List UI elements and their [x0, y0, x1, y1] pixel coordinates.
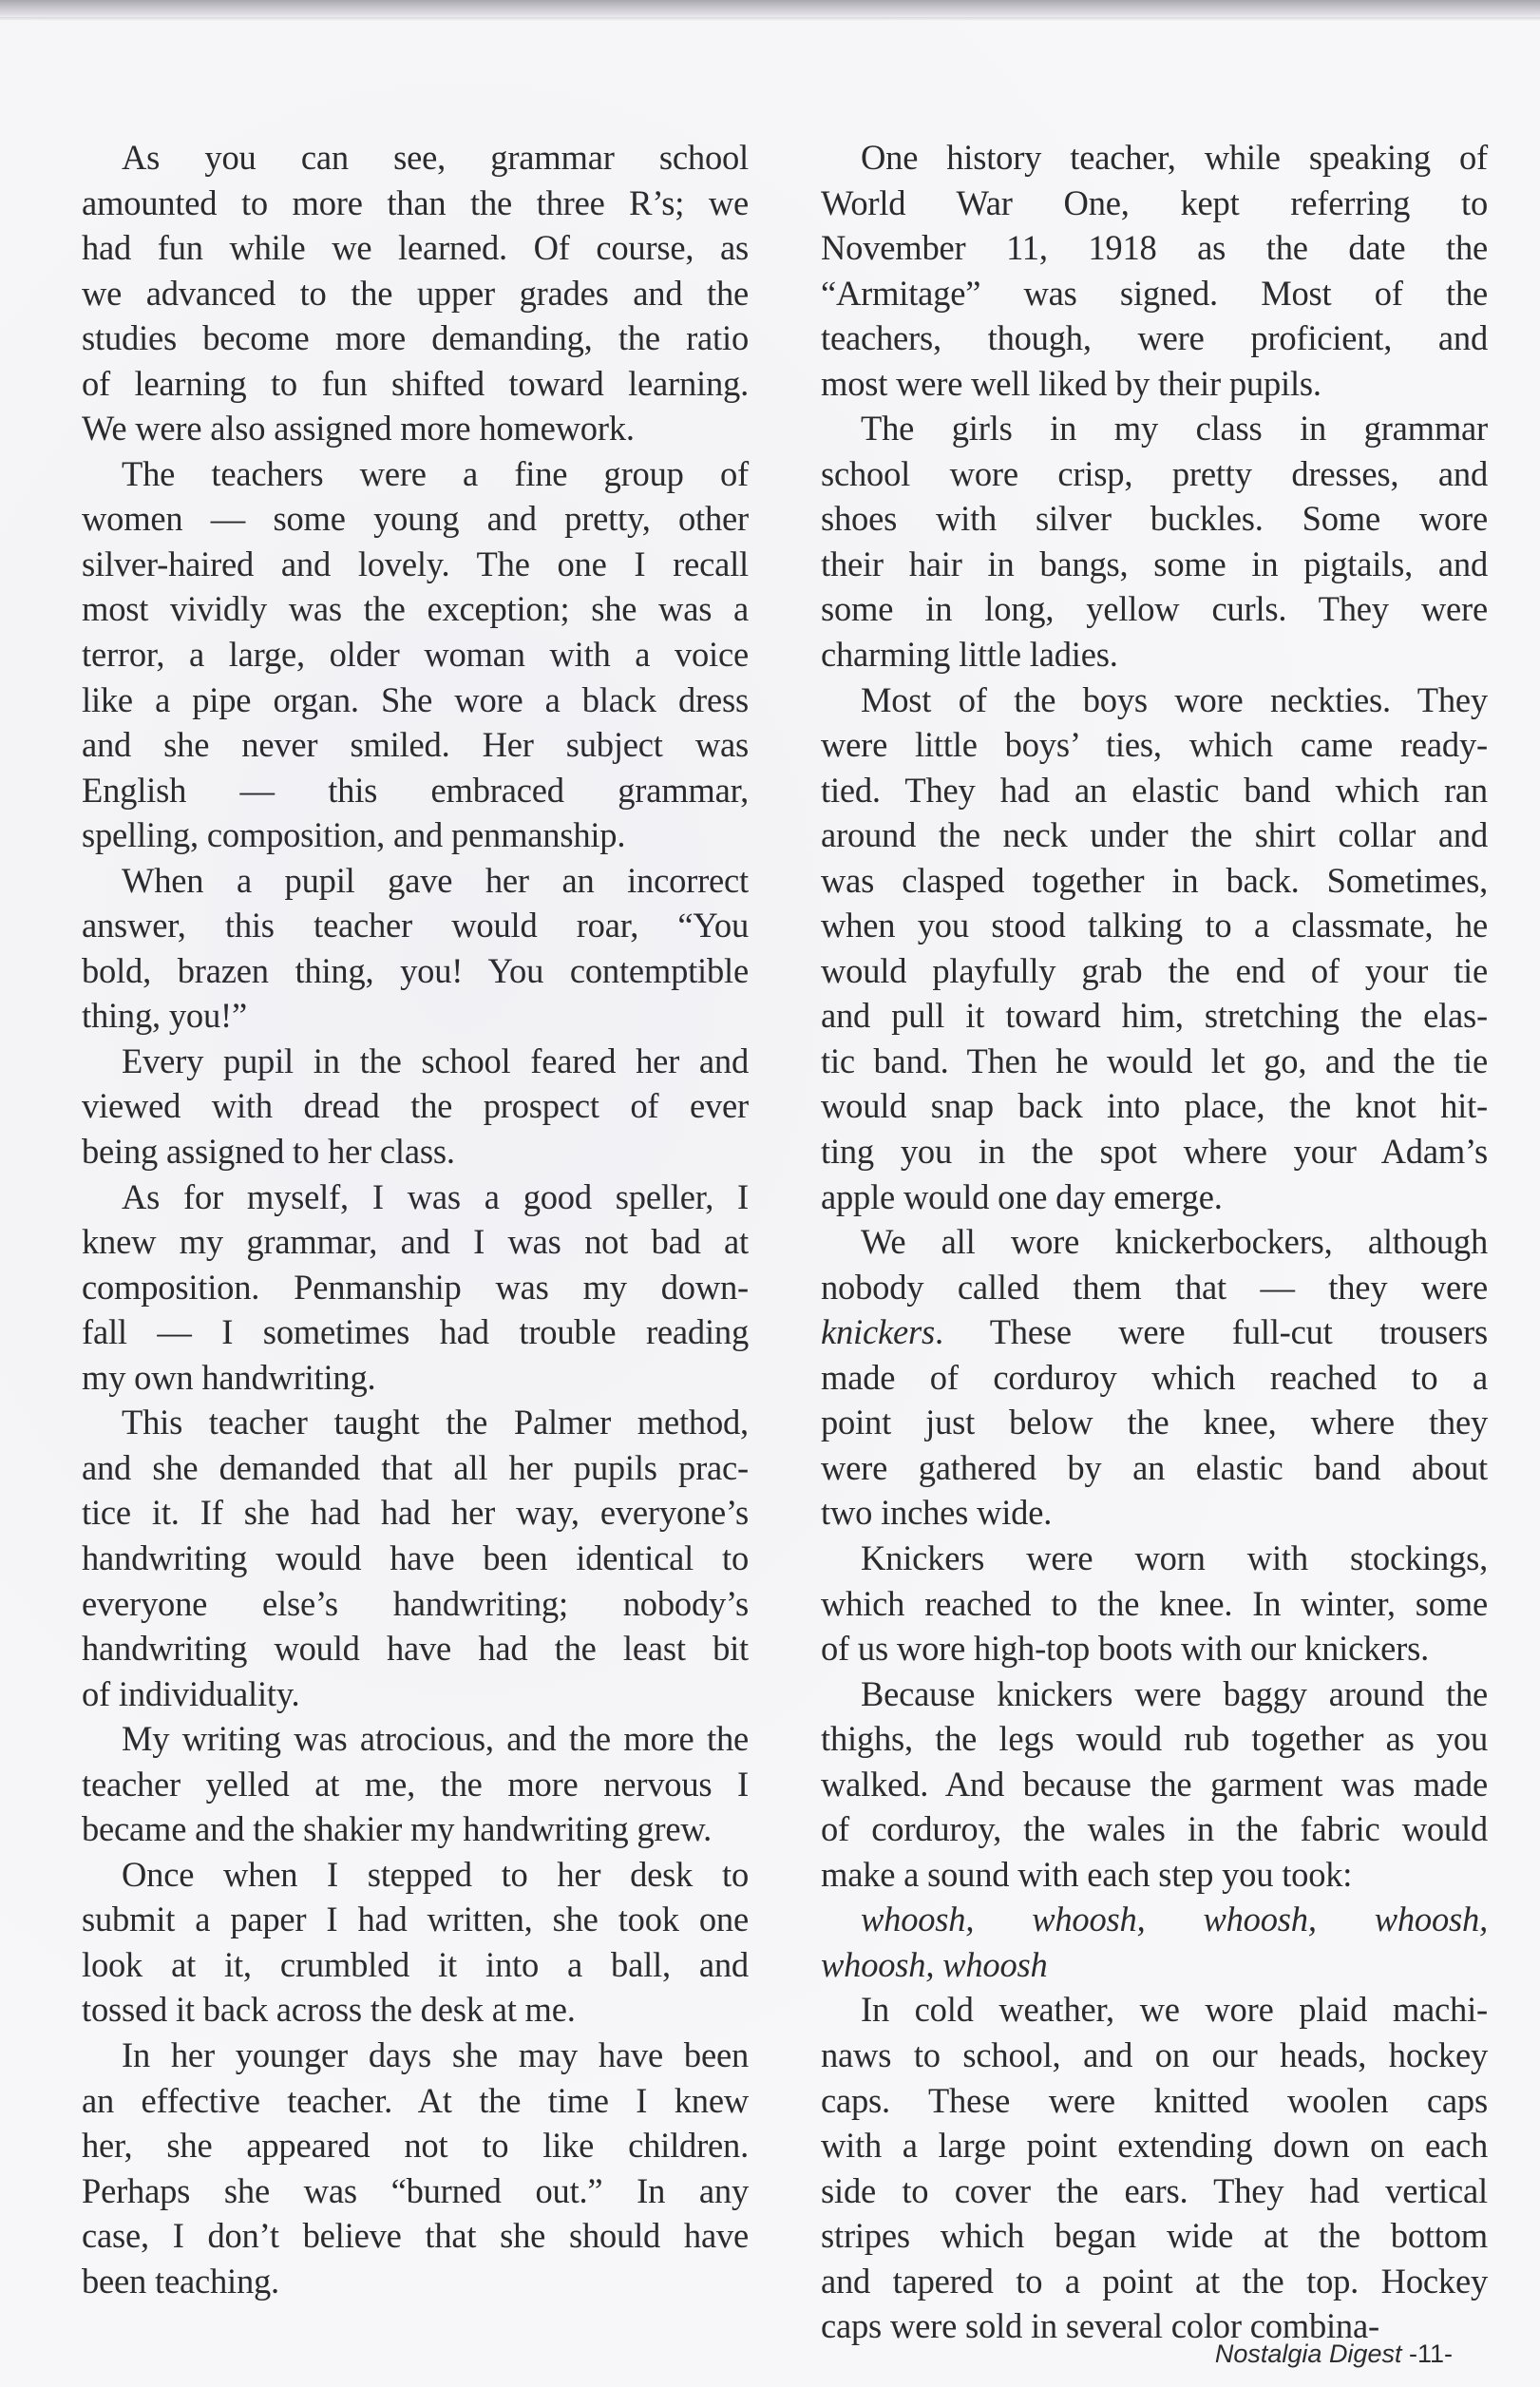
article-column-left: As you can see, grammar schoolamounted t… — [82, 135, 749, 2303]
publication-name: Nostalgia Digest — [1215, 2339, 1402, 2368]
text-line: were gathered by an elastic band about — [821, 1445, 1488, 1491]
text-line: and she demanded that all her pupils pra… — [82, 1445, 749, 1491]
text-line: World War One, kept referring to — [821, 181, 1488, 226]
text-line: In cold weather, we wore plaid machi- — [821, 1987, 1488, 2033]
text-line: teachers, though, were proficient, and — [821, 315, 1488, 361]
text-line: and tapered to a point at the top. Hocke… — [821, 2259, 1488, 2304]
text-line: Every pupil in the school feared her and — [82, 1039, 749, 1084]
text-line: when you stood talking to a classmate, h… — [821, 903, 1488, 948]
text-line: with a large point extending down on eac… — [821, 2123, 1488, 2168]
text-line: whoosh, whoosh — [821, 1942, 1488, 1988]
text-line: became and the shakier my handwriting gr… — [82, 1806, 749, 1852]
text-line: As you can see, grammar school — [82, 135, 749, 181]
paragraph: As you can see, grammar schoolamounted t… — [82, 135, 749, 451]
paragraph: My writing was atrocious, and the more t… — [82, 1716, 749, 1852]
text-line: some in long, yellow curls. They were — [821, 586, 1488, 632]
text-line: tied. They had an elastic band which ran — [821, 768, 1488, 813]
text-line: would playfully grab the end of your tie — [821, 948, 1488, 994]
text-line: November 11, 1918 as the date the — [821, 225, 1488, 271]
text-line: shoes with silver buckles. Some wore — [821, 496, 1488, 542]
paragraph: whoosh, whoosh, whoosh, whoosh,whoosh, w… — [821, 1897, 1488, 1987]
text-line: two inches wide. — [821, 1490, 1488, 1536]
text-line: terror, a large, older woman with a voic… — [82, 632, 749, 678]
text-line: We were also assigned more homework. — [82, 406, 749, 451]
text-line: viewed with dread the prospect of ever — [82, 1083, 749, 1129]
paragraph: As for myself, I was a good speller, Ikn… — [82, 1174, 749, 1401]
text-line: of learning to fun shifted toward learni… — [82, 361, 749, 407]
text-line: naws to school, and on our heads, hockey — [821, 2033, 1488, 2078]
text-line: teacher yelled at me, the more nervous I — [82, 1762, 749, 1807]
text-line: like a pipe organ. She wore a black dres… — [82, 678, 749, 723]
text-line: whoosh, whoosh, whoosh, whoosh, — [821, 1897, 1488, 1942]
text-line: stripes which began wide at the bottom — [821, 2213, 1488, 2259]
text-line: submit a paper I had written, she took o… — [82, 1897, 749, 1942]
paragraph: One history teacher, while speaking ofWo… — [821, 135, 1488, 406]
paragraph: We all wore knickerbockers, althoughnobo… — [821, 1219, 1488, 1536]
paragraph: Once when I stepped to her desk tosubmit… — [82, 1852, 749, 2033]
paragraph: Because knickers were baggy around theth… — [821, 1671, 1488, 1898]
text-line: In her younger days she may have been — [82, 2033, 749, 2078]
scan-top-edge — [0, 0, 1540, 17]
scan-top-edge-shadow — [0, 17, 1540, 21]
text-line: and she never smiled. Her subject was — [82, 722, 749, 768]
text-line: most were well liked by their pupils. — [821, 361, 1488, 407]
text-line: everyone else’s handwriting; nobody’s — [82, 1581, 749, 1627]
text-line: thing, you!” — [82, 993, 749, 1039]
text-line: studies become more demanding, the ratio — [82, 315, 749, 361]
paragraph: When a pupil gave her an incorrectanswer… — [82, 858, 749, 1039]
text-line: of corduroy, the wales in the fabric wou… — [821, 1806, 1488, 1852]
text-line: her, she appeared not to like children. — [82, 2123, 749, 2168]
text-line: silver-haired and lovely. The one I reca… — [82, 542, 749, 587]
text-line: of us wore high-top boots with our knick… — [821, 1626, 1488, 1671]
emphasis: knickers — [821, 1312, 935, 1351]
text-line: spelling, composition, and penmanship. — [82, 812, 749, 858]
text-line: had fun while we learned. Of course, as — [82, 225, 749, 271]
text-line: we advanced to the upper grades and the — [82, 271, 749, 316]
text-line: amounted to more than the three R’s; we — [82, 181, 749, 226]
text-line: Most of the boys wore neckties. They — [821, 678, 1488, 723]
paragraph: Most of the boys wore neckties. Theywere… — [821, 678, 1488, 1220]
text-line: thighs, the legs would rub together as y… — [821, 1716, 1488, 1762]
text-line: side to cover the ears. They had vertica… — [821, 2168, 1488, 2214]
text-line: women — some young and pretty, other — [82, 496, 749, 542]
text-line: ting you in the spot where your Adam’s — [821, 1129, 1488, 1174]
page-number: -11- — [1409, 2339, 1453, 2368]
text-line: apple would one day emerge. — [821, 1174, 1488, 1220]
text-line: The teachers were a fine group of — [82, 451, 749, 497]
text-line: been teaching. — [82, 2259, 749, 2304]
text-line: Knickers were worn with stockings, — [821, 1536, 1488, 1581]
text-line: bold, brazen thing, you! You contemptibl… — [82, 948, 749, 994]
text-line: Perhaps she was “burned out.” In any — [82, 2168, 749, 2214]
text-line: handwriting would have been identical to — [82, 1536, 749, 1581]
text-line: were little boys’ ties, which came ready… — [821, 722, 1488, 768]
paragraph: Every pupil in the school feared her and… — [82, 1039, 749, 1174]
text-line: Once when I stepped to her desk to — [82, 1852, 749, 1898]
text-line: Because knickers were baggy around the — [821, 1671, 1488, 1717]
text-line: fall — I sometimes had trouble reading — [82, 1309, 749, 1355]
text-line: nobody called them that — they were — [821, 1265, 1488, 1310]
paragraph: This teacher taught the Palmer method,an… — [82, 1400, 749, 1716]
text-line: answer, this teacher would roar, “You — [82, 903, 749, 948]
text-line: This teacher taught the Palmer method, — [82, 1400, 749, 1445]
paragraph: Knickers were worn with stockings,which … — [821, 1536, 1488, 1671]
text-line: knickers. These were full-cut trousers — [821, 1309, 1488, 1355]
text-line: made of corduroy which reached to a — [821, 1355, 1488, 1401]
text-line: tic band. Then he would let go, and the … — [821, 1039, 1488, 1084]
text-line: around the neck under the shirt collar a… — [821, 812, 1488, 858]
text-line: look at it, crumbled it into a ball, and — [82, 1942, 749, 1988]
text-line: As for myself, I was a good speller, I — [82, 1174, 749, 1220]
text-line: case, I don’t believe that she should ha… — [82, 2213, 749, 2259]
text-line: We all wore knickerbockers, although — [821, 1219, 1488, 1265]
text-line: school wore crisp, pretty dresses, and — [821, 451, 1488, 497]
text-line: One history teacher, while speaking of — [821, 135, 1488, 181]
text-line: point just below the knee, where they — [821, 1400, 1488, 1445]
text-line: make a sound with each step you took: — [821, 1852, 1488, 1898]
text-line: would snap back into place, the knot hit… — [821, 1083, 1488, 1129]
text-line: which reached to the knee. In winter, so… — [821, 1581, 1488, 1627]
text-line: charming little ladies. — [821, 632, 1488, 678]
text-line: of individuality. — [82, 1671, 749, 1717]
paragraph: In cold weather, we wore plaid machi-naw… — [821, 1987, 1488, 2348]
text-line: tice it. If she had had her way, everyon… — [82, 1490, 749, 1536]
text-line: The girls in my class in grammar — [821, 406, 1488, 451]
text-line: English — this embraced grammar, — [82, 768, 749, 813]
text-line: and pull it toward him, stretching the e… — [821, 993, 1488, 1039]
text-line: My writing was atrocious, and the more t… — [82, 1716, 749, 1762]
text-line: When a pupil gave her an incorrect — [82, 858, 749, 904]
text-line: handwriting would have had the least bit — [82, 1626, 749, 1671]
paragraph: The girls in my class in grammarschool w… — [821, 406, 1488, 677]
text-line: being assigned to her class. — [82, 1129, 749, 1174]
text-line: tossed it back across the desk at me. — [82, 1987, 749, 2033]
text-line: an effective teacher. At the time I knew — [82, 2078, 749, 2124]
text-line: “Armitage” was signed. Most of the — [821, 271, 1488, 316]
paragraph: In her younger days she may have beenan … — [82, 2033, 749, 2303]
text-line: their hair in bangs, some in pigtails, a… — [821, 542, 1488, 587]
text-line: my own handwriting. — [82, 1355, 749, 1401]
text-line: composition. Penmanship was my down- — [82, 1265, 749, 1310]
page-footer: Nostalgia Digest -11- — [1215, 2339, 1453, 2369]
text-line: knew my grammar, and I was not bad at — [82, 1219, 749, 1265]
text-line: was clasped together in back. Sometimes, — [821, 858, 1488, 904]
text-line: walked. And because the garment was made — [821, 1762, 1488, 1807]
text-line: caps. These were knitted woolen caps — [821, 2078, 1488, 2124]
text-line: most vividly was the exception; she was … — [82, 586, 749, 632]
paragraph: The teachers were a fine group ofwomen —… — [82, 451, 749, 858]
article-column-right: One history teacher, while speaking ofWo… — [821, 135, 1488, 2349]
